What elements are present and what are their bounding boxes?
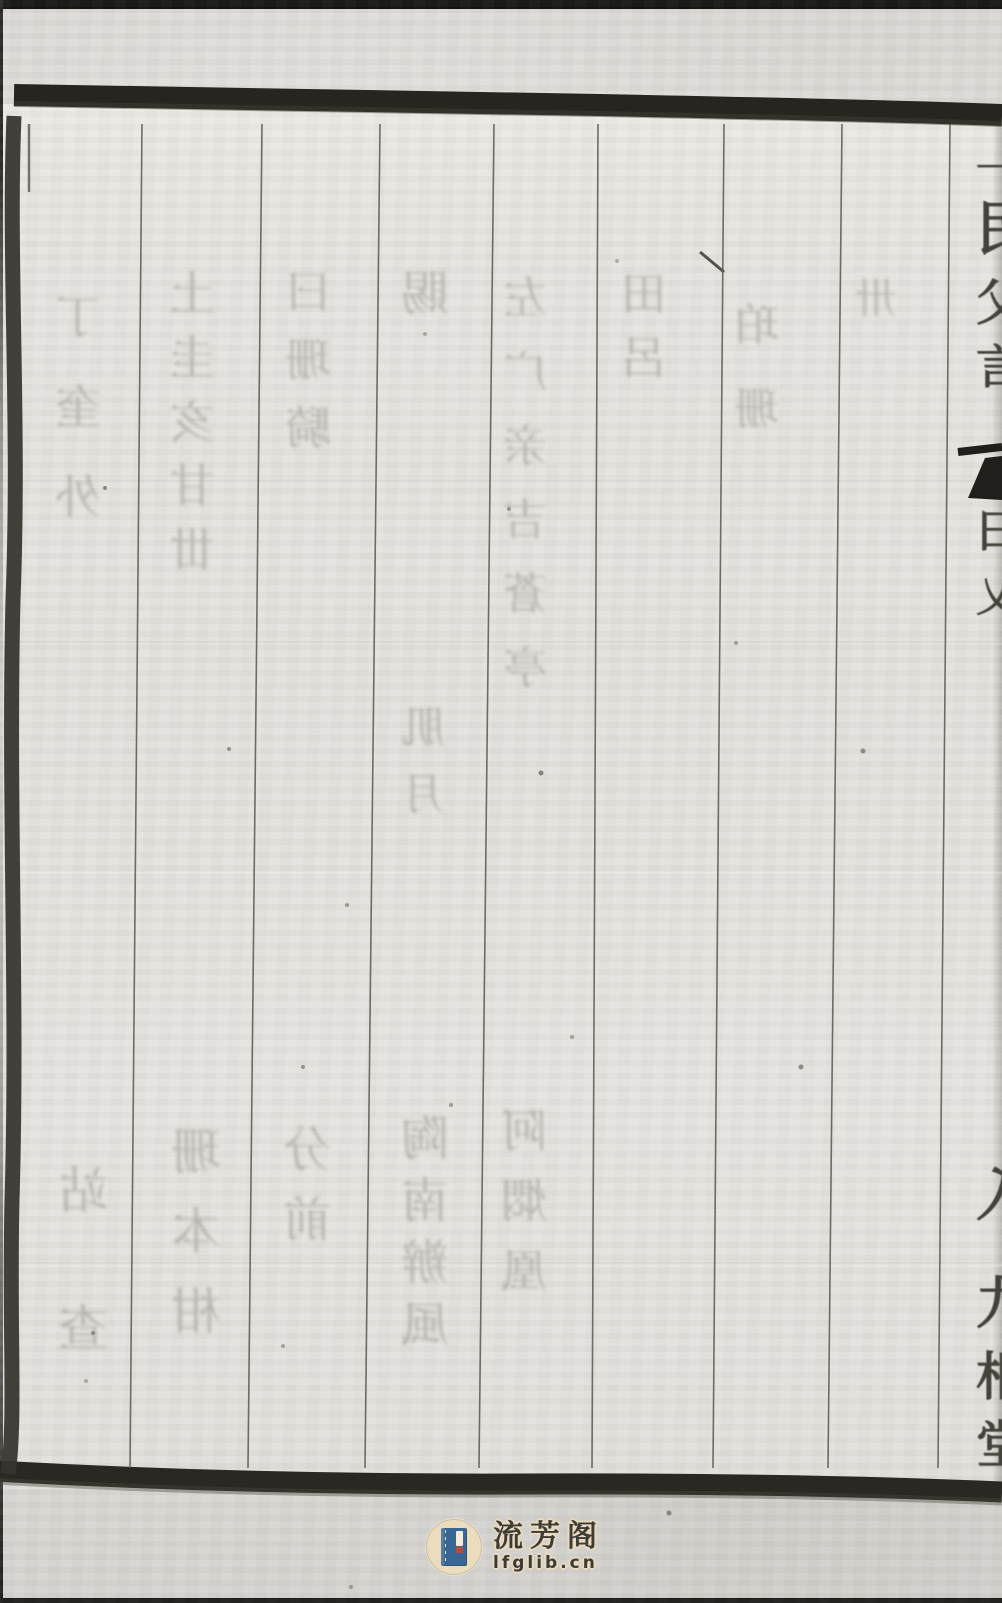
stitched-book-icon	[441, 1528, 467, 1566]
book-badge-icon	[426, 1519, 482, 1575]
book-stitching	[445, 1530, 446, 1564]
edge-partial-character: 乂	[976, 576, 1002, 618]
watermark-title: 流芳阁	[493, 1522, 604, 1552]
edge-partial-character: 民	[976, 200, 1002, 258]
scanned-genealogy-page: 丁 奎 外土 圭 亥 甘 丗曰 珊 騎賜左 广 亲 吉 蒼 亭田 呂肌 月珀 珊…	[0, 0, 1002, 1603]
edge-partial-character: 曰	[976, 508, 1002, 554]
site-watermark: 流芳阁 lfglib.cn	[426, 1519, 604, 1575]
book-title-label	[456, 1531, 463, 1546]
edge-partial-character: 九	[976, 1276, 1002, 1332]
watermark-domain: lfglib.cn	[493, 1555, 604, 1572]
edge-partial-character: 入	[976, 1168, 1002, 1224]
edge-partial-character: 堂	[976, 1420, 1002, 1470]
book-red-seal	[456, 1547, 463, 1553]
edge-partial-character: 言	[976, 344, 1002, 390]
edge-text-layer: 一民父言曰乂入九相堂	[0, 0, 1002, 1603]
edge-partial-character: 相	[976, 1352, 1002, 1404]
edge-partial-character: 父	[976, 278, 1002, 328]
edge-partial-character: 一	[976, 150, 1002, 188]
